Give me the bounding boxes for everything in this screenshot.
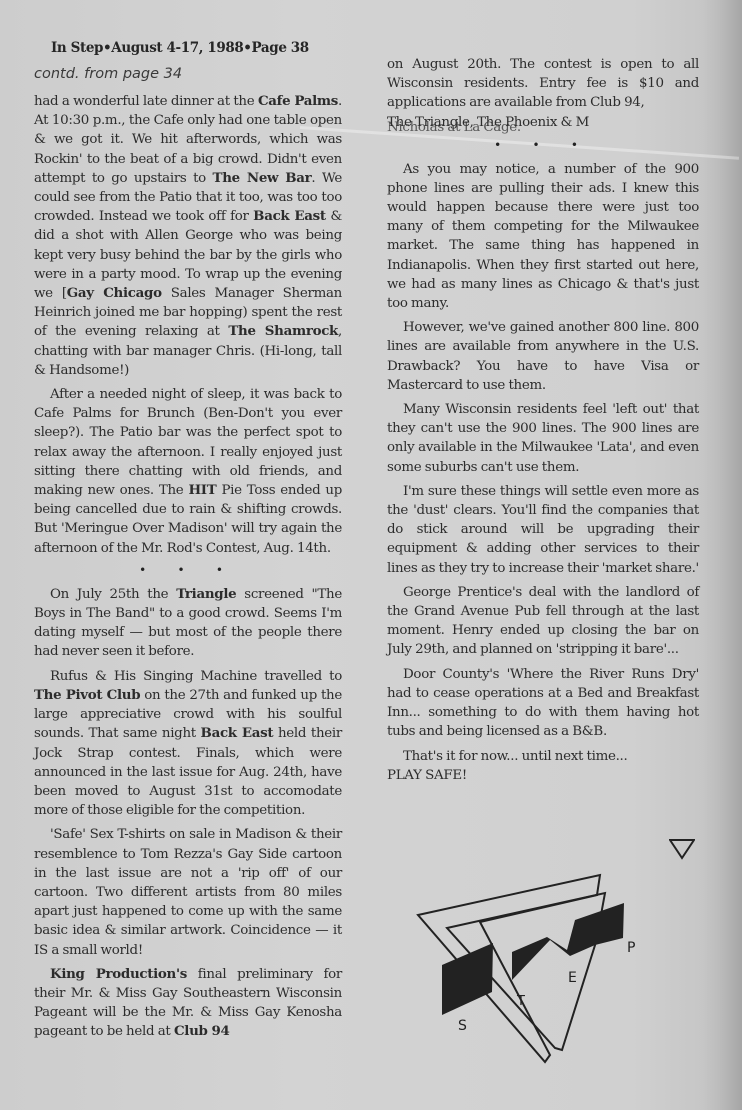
venue-name: The Pivot Club: [34, 687, 140, 703]
continued-from-label: contd. from page 34: [34, 66, 182, 82]
logo-letter-e: E: [568, 970, 577, 986]
publication-name: Gay Chicago: [67, 285, 162, 301]
paragraph: As you may notice, a number of the 900 p…: [387, 160, 699, 314]
venue-name: Back East: [201, 725, 274, 741]
paragraph: That's it for now... until next time...: [387, 747, 699, 766]
misprinted-line: The Triangle, The Phoenix & M Nicholas a…: [387, 113, 699, 132]
page-masthead: In Step•August 4-17, 1988•Page 38: [51, 40, 309, 56]
logo-letter-t: T: [516, 994, 525, 1009]
paragraph: King Production's final preliminary for …: [34, 965, 342, 1042]
paragraph: On July 25th the Triangle screened "The …: [34, 585, 342, 662]
misprint-under-text: Nicholas at La Cage.: [387, 118, 521, 137]
paragraph: Door County's 'Where the River Runs Dry'…: [387, 665, 699, 742]
venue-name: The Shamrock: [228, 323, 338, 339]
venue-name: Back East: [253, 208, 326, 224]
section-separator: • • •: [387, 138, 699, 152]
in-step-logo: S T E P: [400, 870, 700, 1070]
logo-letter-p: P: [627, 940, 635, 956]
right-column: on August 20th. The contest is open to a…: [387, 55, 699, 790]
sign-off: PLAY SAFE!: [387, 766, 699, 785]
org-name: HIT: [188, 482, 216, 498]
newspaper-page: In Step•August 4-17, 1988•Page 38 contd.…: [0, 0, 742, 1110]
paragraph: Many Wisconsin residents feel 'left out'…: [387, 400, 699, 477]
venue-name: Club 94: [174, 1023, 230, 1039]
paragraph: had a wonderful late dinner at the Cafe …: [34, 92, 342, 380]
logo-letter-s: S: [458, 1018, 467, 1034]
section-separator: • • •: [34, 563, 342, 577]
paragraph: Rufus & His Singing Machine travelled to…: [34, 667, 342, 821]
paragraph: on August 20th. The contest is open to a…: [387, 55, 699, 113]
page-edge-shadow: [702, 0, 742, 1110]
paragraph: George Prentice's deal with the landlord…: [387, 583, 699, 660]
venue-name: The New Bar: [213, 170, 312, 186]
venue-name: Cafe Palms: [258, 93, 338, 109]
left-column: had a wonderful late dinner at the Cafe …: [34, 92, 342, 1047]
org-name: King Production's: [50, 966, 187, 982]
paragraph: However, we've gained another 800 line. …: [387, 318, 699, 395]
end-mark-triangle-icon: [669, 838, 695, 860]
paragraph: I'm sure these things will settle even m…: [387, 482, 699, 578]
paragraph: After a needed night of sleep, it was ba…: [34, 385, 342, 558]
venue-name: Triangle: [176, 586, 236, 602]
paragraph: 'Safe' Sex T-shirts on sale in Madison &…: [34, 825, 342, 959]
